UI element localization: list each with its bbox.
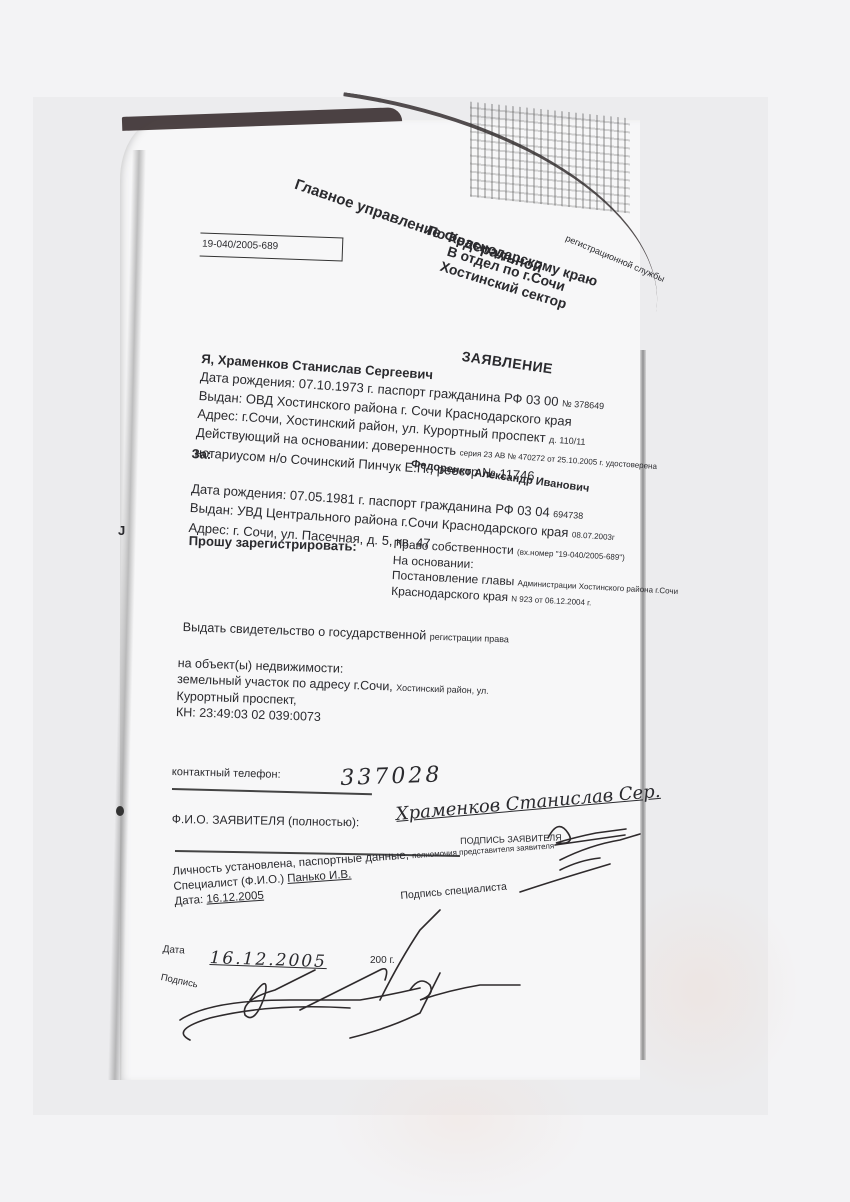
margin-mark: J (118, 523, 125, 538)
footer-date-value: 16.12.2005 (209, 948, 327, 972)
margin-dot (116, 806, 124, 816)
registration-number-box: 19-040/2005-689 (200, 233, 344, 262)
phone-value: 337028 (340, 762, 443, 791)
for-label: За: (191, 446, 211, 462)
stamp-overlay (470, 102, 630, 214)
registration-number: 19-040/2005-689 (202, 239, 279, 253)
footer-date-label: Дата (162, 944, 185, 957)
object-block: на объект(ы) недвижимости: земельный уча… (176, 655, 490, 731)
footer-date-suffix: 200 г. (370, 955, 395, 966)
specialist-name: Панько И.В. (287, 869, 352, 885)
